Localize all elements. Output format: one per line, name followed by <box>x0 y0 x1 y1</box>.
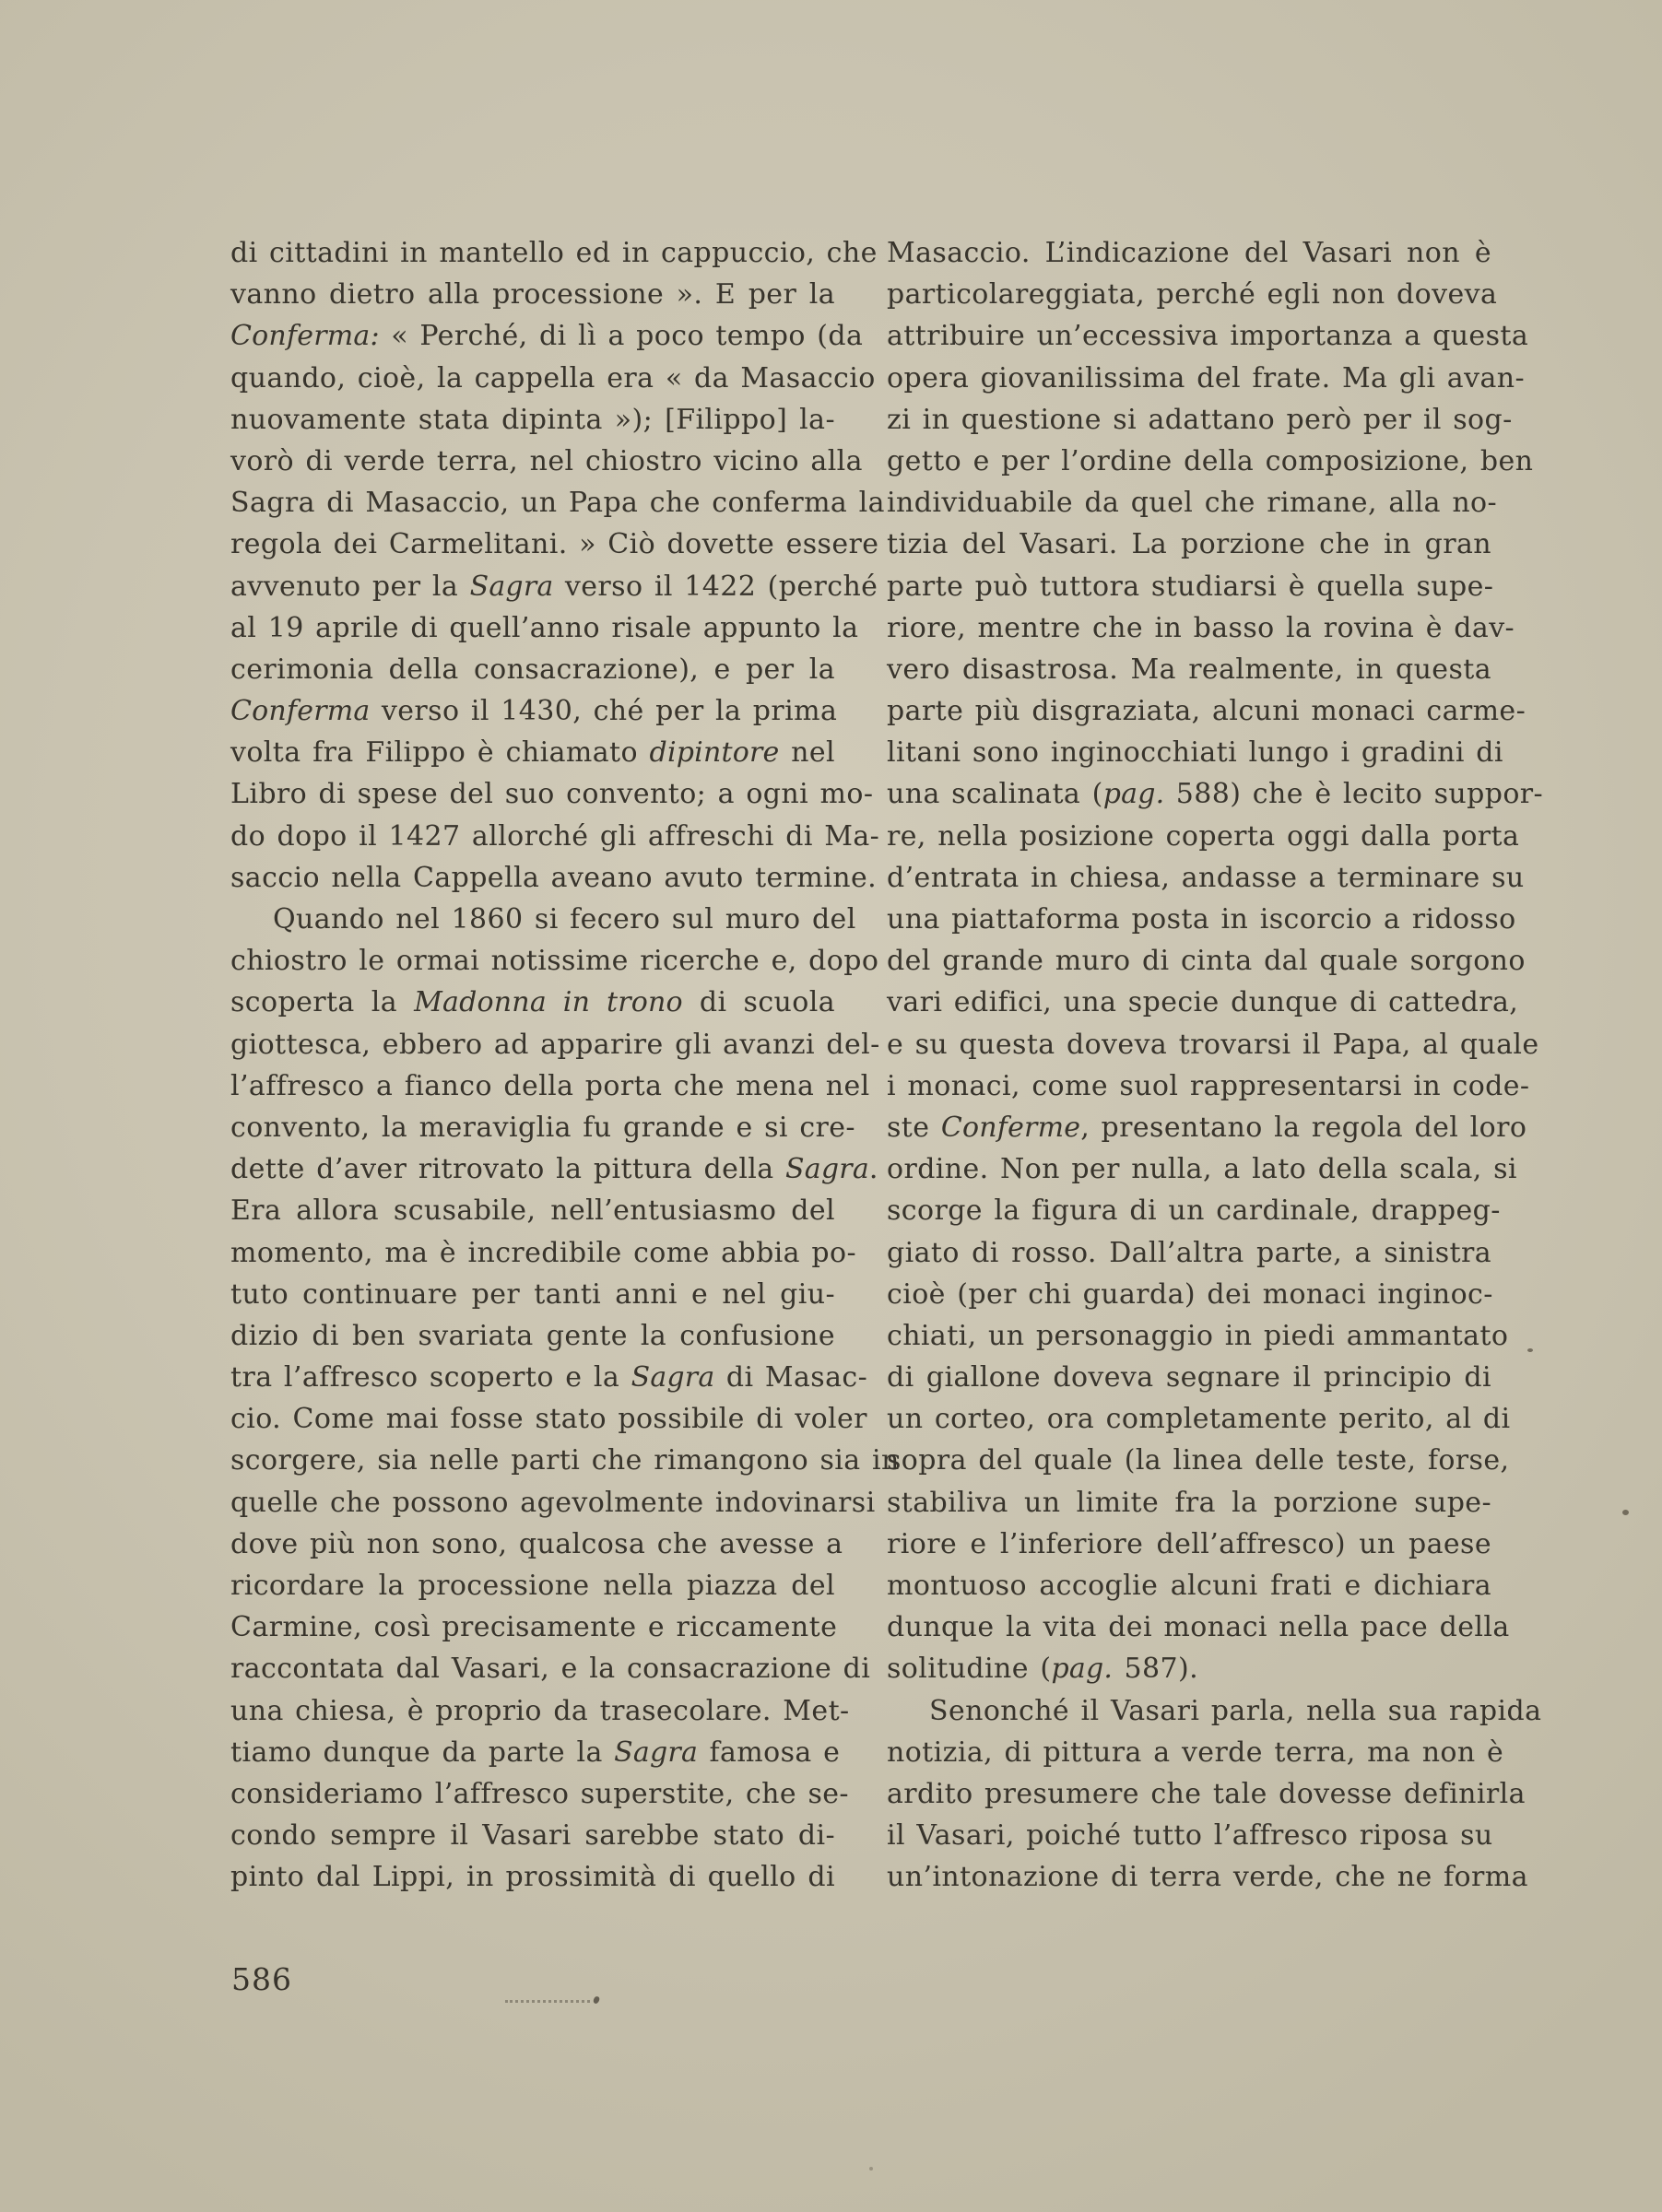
italic-text-run: Conferma: <box>230 320 380 352</box>
text-column-right: Masaccio. L’indicazione del Vasari non è… <box>887 232 1491 1899</box>
italic-text-run: Conferma <box>230 695 370 727</box>
text-run: litani sono inginocchiati lungo i gradin… <box>887 736 1503 769</box>
text-run: riore, mentre che in basso la rovina è d… <box>887 612 1515 644</box>
text-run: consideriamo l’affresco superstite, che … <box>230 1778 849 1810</box>
text-line: solitudine (pag. 587). <box>887 1648 1491 1689</box>
italic-text-run: Sagra <box>631 1361 715 1394</box>
italic-text-run: Madonna in trono <box>414 986 683 1018</box>
text-line: tizia del Vasari. La porzione che in gra… <box>887 524 1491 565</box>
text-run: condo sempre il Vasari sarebbe stato di- <box>230 1819 835 1852</box>
text-line: una scalinata (pag. 588) che è lecito su… <box>887 773 1491 815</box>
text-line: di giallone doveva segnare il principio … <box>887 1357 1491 1398</box>
text-line: avvenuto per la Sagra verso il 1422 (per… <box>230 566 835 607</box>
text-line: scorgere, sia nelle parti che rimangono … <box>230 1440 835 1481</box>
text-run: vero disastrosa. Ma realmente, in questa <box>887 653 1491 686</box>
text-line: Senonché il Vasari parla, nella sua rapi… <box>887 1690 1491 1732</box>
text-run: giato di rosso. Dall’altra parte, a sini… <box>887 1237 1491 1269</box>
text-run: tizia del Vasari. La porzione che in gra… <box>887 528 1491 560</box>
text-run: verso il 1430, ché per la prima <box>370 695 837 727</box>
text-line: momento, ma è incredibile come abbia po- <box>230 1232 835 1274</box>
text-line: ste Conferme, presentano la regola del l… <box>887 1107 1491 1148</box>
text-line: cioè (per chi guarda) dei monaci inginoc… <box>887 1274 1491 1315</box>
text-run: notizia, di pittura a verde terra, ma no… <box>887 1736 1503 1769</box>
text-line: do dopo il 1427 allorché gli affreschi d… <box>230 816 835 857</box>
text-run: stabiliva un limite fra la porzione supe… <box>887 1487 1491 1519</box>
text-line: sopra del quale (la linea delle teste, f… <box>887 1440 1491 1481</box>
text-run: cioè (per chi guarda) dei monaci inginoc… <box>887 1278 1493 1311</box>
text-line: un corteo, ora completamente perito, al … <box>887 1398 1491 1440</box>
text-run: il Vasari, poiché tutto l’affresco ripos… <box>887 1819 1493 1852</box>
text-run: vanno dietro alla processione ». E per l… <box>230 278 835 311</box>
text-run: convento, la meraviglia fu grande e si c… <box>230 1112 855 1144</box>
text-line: il Vasari, poiché tutto l’affresco ripos… <box>887 1815 1491 1856</box>
text-run: parte può tuttora studiarsi è quella sup… <box>887 571 1493 603</box>
text-run: 588) che è lecito suppor- <box>1164 778 1543 810</box>
text-line: tuto continuare per tanti anni e nel giu… <box>230 1274 835 1315</box>
text-run: scoperta la <box>230 986 414 1018</box>
text-line: riore e l’inferiore dell’affresco) un pa… <box>887 1524 1491 1565</box>
text-line: vari edifici, una specie dunque di catte… <box>887 982 1491 1023</box>
italic-text-run: Sagra <box>470 571 554 603</box>
text-run: i monaci, come suol rappresentarsi in co… <box>887 1070 1529 1102</box>
text-run: verso il 1422 (perché <box>553 571 878 603</box>
text-run: raccontata dal Vasari, e la consacrazion… <box>230 1653 870 1685</box>
text-line: attribuire un’eccessiva importanza a que… <box>887 315 1491 357</box>
text-line: saccio nella Cappella aveano avuto termi… <box>230 857 835 899</box>
text-line: Carmine, così precisamente e riccamente <box>230 1606 835 1648</box>
text-run: Carmine, così precisamente e riccamente <box>230 1611 837 1643</box>
text-line: regola dei Carmelitani. » Ciò dovette es… <box>230 524 835 565</box>
text-run: del grande muro di cinta dal quale sorgo… <box>887 945 1526 977</box>
text-run: tiamo dunque da parte la <box>230 1736 614 1769</box>
text-line: montuoso accoglie alcuni frati e dichiar… <box>887 1565 1491 1606</box>
text-run: cerimonia della consacrazione), e per la <box>230 653 835 686</box>
paper-speck-artifact <box>869 2167 873 2171</box>
text-run: Era allora scusabile, nell’entusiasmo de… <box>230 1194 835 1227</box>
text-line: cerimonia della consacrazione), e per la <box>230 649 835 690</box>
text-line: Libro di spese del suo convento; a ogni … <box>230 773 835 815</box>
text-run: nuovamente stata dipinta »); [Filippo] l… <box>230 404 835 436</box>
text-line: particolareggiata, perché egli non dovev… <box>887 274 1491 315</box>
text-run: Masaccio. L’indicazione del Vasari non è <box>887 237 1491 269</box>
text-line: e su questa doveva trovarsi il Papa, al … <box>887 1024 1491 1065</box>
text-line: di cittadini in mantello ed in cappuccio… <box>230 232 835 274</box>
paper-speck-artifact <box>1622 1510 1629 1515</box>
text-line: chiati, un personaggio in piedi ammantat… <box>887 1315 1491 1357</box>
text-line: litani sono inginocchiati lungo i gradin… <box>887 732 1491 773</box>
text-run: do dopo il 1427 allorché gli affreschi d… <box>230 820 879 853</box>
text-run: . <box>869 1153 878 1185</box>
italic-text-run: pag. <box>1103 778 1165 810</box>
text-line: Sagra di Masaccio, un Papa che conferma … <box>230 482 835 524</box>
text-line: ordine. Non per nulla, a lato della scal… <box>887 1148 1491 1190</box>
text-line: vorò di verde terra, nel chiostro vicino… <box>230 441 835 482</box>
text-line: Quando nel 1860 si fecero sul muro del <box>230 899 835 940</box>
page-number: 586 <box>231 1961 292 1997</box>
text-run: tuto continuare per tanti anni e nel giu… <box>230 1278 835 1311</box>
paper-speck-artifact <box>1527 1348 1533 1352</box>
text-line: condo sempre il Vasari sarebbe stato di- <box>230 1815 835 1856</box>
text-run: chiostro le ormai notissime ricerche e, … <box>230 945 878 977</box>
text-line: un’intonazione di terra verde, che ne fo… <box>887 1856 1491 1898</box>
text-run: cio. Come mai fosse stato possibile di v… <box>230 1403 867 1435</box>
text-run: opera giovanilissima del frate. Ma gli a… <box>887 362 1525 394</box>
text-line: quando, cioè, la cappella era « da Masac… <box>230 358 835 399</box>
text-run: giottesca, ebbero ad apparire gli avanzi… <box>230 1029 880 1061</box>
text-line: Masaccio. L’indicazione del Vasari non è <box>887 232 1491 274</box>
text-run: Sagra di Masaccio, un Papa che conferma … <box>230 487 885 519</box>
text-line: notizia, di pittura a verde terra, ma no… <box>887 1732 1491 1773</box>
print-smudge-artifact <box>505 2000 590 2003</box>
text-run: zi in questione si adattano però per il … <box>887 404 1513 436</box>
italic-text-run: Sagra <box>785 1153 869 1185</box>
text-run: riore e l’inferiore dell’affresco) un pa… <box>887 1528 1491 1560</box>
text-run: dizio di ben svariata gente la confusion… <box>230 1320 835 1352</box>
text-run: attribuire un’eccessiva importanza a que… <box>887 320 1528 352</box>
text-run: di scuola <box>683 986 835 1018</box>
text-line: dove più non sono, qualcosa che avesse a <box>230 1524 835 1565</box>
text-line: cio. Come mai fosse stato possibile di v… <box>230 1398 835 1440</box>
text-line: tiamo dunque da parte la Sagra famosa e <box>230 1732 835 1773</box>
text-line: re, nella posizione coperta oggi dalla p… <box>887 816 1491 857</box>
text-line: al 19 aprile di quell’anno risale appunt… <box>230 607 835 649</box>
text-line: dette d’aver ritrovato la pittura della … <box>230 1148 835 1190</box>
italic-text-run: Conferme <box>941 1112 1080 1144</box>
text-line: opera giovanilissima del frate. Ma gli a… <box>887 358 1491 399</box>
text-run: di cittadini in mantello ed in cappuccio… <box>230 237 878 269</box>
text-line: getto e per l’ordine della composizione,… <box>887 441 1491 482</box>
text-run: , presentano la regola del loro <box>1080 1112 1526 1144</box>
text-run: quelle che possono agevolmente indovinar… <box>230 1487 876 1519</box>
text-line: giottesca, ebbero ad apparire gli avanzi… <box>230 1024 835 1065</box>
text-line: scoperta la Madonna in trono di scuola <box>230 982 835 1023</box>
text-run: solitudine ( <box>887 1653 1051 1685</box>
text-line: chiostro le ormai notissime ricerche e, … <box>230 940 835 982</box>
text-run: regola dei Carmelitani. » Ciò dovette es… <box>230 528 878 560</box>
text-line: tra l’affresco scoperto e la Sagra di Ma… <box>230 1357 835 1398</box>
text-run: Libro di spese del suo convento; a ogni … <box>230 778 873 810</box>
text-run: chiati, un personaggio in piedi ammantat… <box>887 1320 1508 1352</box>
text-line: scorge la figura di un cardinale, drappe… <box>887 1190 1491 1231</box>
text-column-left: di cittadini in mantello ed in cappuccio… <box>230 232 835 1899</box>
text-line: stabiliva un limite fra la porzione supe… <box>887 1482 1491 1524</box>
text-line: pinto dal Lippi, in prossimità di quello… <box>230 1856 835 1898</box>
italic-text-run: dipintore <box>650 736 780 769</box>
text-run: l’affresco a fianco della porta che mena… <box>230 1070 870 1102</box>
text-run: Quando nel 1860 si fecero sul muro del <box>273 903 856 935</box>
text-run: un corteo, ora completamente perito, al … <box>887 1403 1511 1435</box>
text-run: famosa e <box>698 1736 840 1769</box>
text-run: vorò di verde terra, nel chiostro vicino… <box>230 445 863 477</box>
text-run: Senonché il Vasari parla, nella sua rapi… <box>929 1695 1541 1727</box>
text-run: e su questa doveva trovarsi il Papa, al … <box>887 1029 1539 1061</box>
text-line: dizio di ben svariata gente la confusion… <box>230 1315 835 1357</box>
text-run: 587). <box>1113 1653 1198 1685</box>
text-line: zi in questione si adattano però per il … <box>887 399 1491 441</box>
text-line: vero disastrosa. Ma realmente, in questa <box>887 649 1491 690</box>
text-run: ordine. Non per nulla, a lato della scal… <box>887 1153 1517 1185</box>
text-run: avvenuto per la <box>230 571 470 603</box>
text-line: quelle che possono agevolmente indovinar… <box>230 1482 835 1524</box>
text-run: d’entrata in chiesa, andasse a terminare… <box>887 862 1525 894</box>
text-run: scorgere, sia nelle parti che rimangono … <box>230 1444 900 1477</box>
text-line: parte può tuttora studiarsi è quella sup… <box>887 566 1491 607</box>
text-line: i monaci, come suol rappresentarsi in co… <box>887 1065 1491 1107</box>
text-run: una piattaforma posta in iscorcio a rido… <box>887 903 1516 935</box>
text-run: parte più disgraziata, alcuni monaci car… <box>887 695 1526 727</box>
text-line: volta fra Filippo è chiamato dipintore n… <box>230 732 835 773</box>
italic-text-run: Sagra <box>614 1736 698 1769</box>
text-run: particolareggiata, perché egli non dovev… <box>887 278 1497 311</box>
text-line: giato di rosso. Dall’altra parte, a sini… <box>887 1232 1491 1274</box>
text-run: nel <box>779 736 835 769</box>
text-line: convento, la meraviglia fu grande e si c… <box>230 1107 835 1148</box>
text-line: individuabile da quel che rimane, alla n… <box>887 482 1491 524</box>
text-run: ardito presumere che tale dovesse defini… <box>887 1778 1526 1810</box>
text-line: vanno dietro alla processione ». E per l… <box>230 274 835 315</box>
text-line: Conferma verso il 1430, ché per la prima <box>230 690 835 732</box>
text-run: montuoso accoglie alcuni frati e dichiar… <box>887 1570 1491 1602</box>
italic-text-run: pag. <box>1051 1653 1113 1685</box>
text-run: al 19 aprile di quell’anno risale appunt… <box>230 612 858 644</box>
text-line: del grande muro di cinta dal quale sorgo… <box>887 940 1491 982</box>
text-run: getto e per l’ordine della composizione,… <box>887 445 1533 477</box>
text-line: dunque la vita dei monaci nella pace del… <box>887 1606 1491 1648</box>
text-run: vari edifici, una specie dunque di catte… <box>887 986 1518 1018</box>
text-line: ricordare la processione nella piazza de… <box>230 1565 835 1606</box>
text-line: riore, mentre che in basso la rovina è d… <box>887 607 1491 649</box>
text-line: una piattaforma posta in iscorcio a rido… <box>887 899 1491 940</box>
text-run: una scalinata ( <box>887 778 1103 810</box>
text-line: ardito presumere che tale dovesse defini… <box>887 1773 1491 1815</box>
text-line: nuovamente stata dipinta »); [Filippo] l… <box>230 399 835 441</box>
text-line: d’entrata in chiesa, andasse a terminare… <box>887 857 1491 899</box>
text-line: l’affresco a fianco della porta che mena… <box>230 1065 835 1107</box>
text-run: individuabile da quel che rimane, alla n… <box>887 487 1497 519</box>
text-run: tra l’affresco scoperto e la <box>230 1361 631 1394</box>
text-line: consideriamo l’affresco superstite, che … <box>230 1773 835 1815</box>
text-run: pinto dal Lippi, in prossimità di quello… <box>230 1861 835 1893</box>
text-line: Conferma: « Perché, di lì a poco tempo (… <box>230 315 835 357</box>
text-run: re, nella posizione coperta oggi dalla p… <box>887 820 1519 853</box>
text-run: volta fra Filippo è chiamato <box>230 736 650 769</box>
text-run: scorge la figura di un cardinale, drappe… <box>887 1194 1501 1227</box>
text-run: di giallone doveva segnare il principio … <box>887 1361 1491 1394</box>
text-run: momento, ma è incredibile come abbia po- <box>230 1237 856 1269</box>
text-line: parte più disgraziata, alcuni monaci car… <box>887 690 1491 732</box>
text-run: ricordare la processione nella piazza de… <box>230 1570 835 1602</box>
text-line: una chiesa, è proprio da trasecolare. Me… <box>230 1690 835 1732</box>
text-run: dette d’aver ritrovato la pittura della <box>230 1153 785 1185</box>
text-line: Era allora scusabile, nell’entusiasmo de… <box>230 1190 835 1231</box>
text-run: un’intonazione di terra verde, che ne fo… <box>887 1861 1528 1893</box>
text-run: dove più non sono, qualcosa che avesse a <box>230 1528 843 1560</box>
text-run: « Perché, di lì a poco tempo (da <box>380 320 864 352</box>
text-run: di Masac- <box>714 1361 867 1394</box>
text-run: sopra del quale (la linea delle teste, f… <box>887 1444 1509 1477</box>
text-run: dunque la vita dei monaci nella pace del… <box>887 1611 1510 1643</box>
text-line: raccontata dal Vasari, e la consacrazion… <box>230 1648 835 1689</box>
text-run: saccio nella Cappella aveano avuto termi… <box>230 862 877 894</box>
text-run: quando, cioè, la cappella era « da Masac… <box>230 362 876 394</box>
text-run: una chiesa, è proprio da trasecolare. Me… <box>230 1695 850 1727</box>
text-run: ste <box>887 1112 941 1144</box>
